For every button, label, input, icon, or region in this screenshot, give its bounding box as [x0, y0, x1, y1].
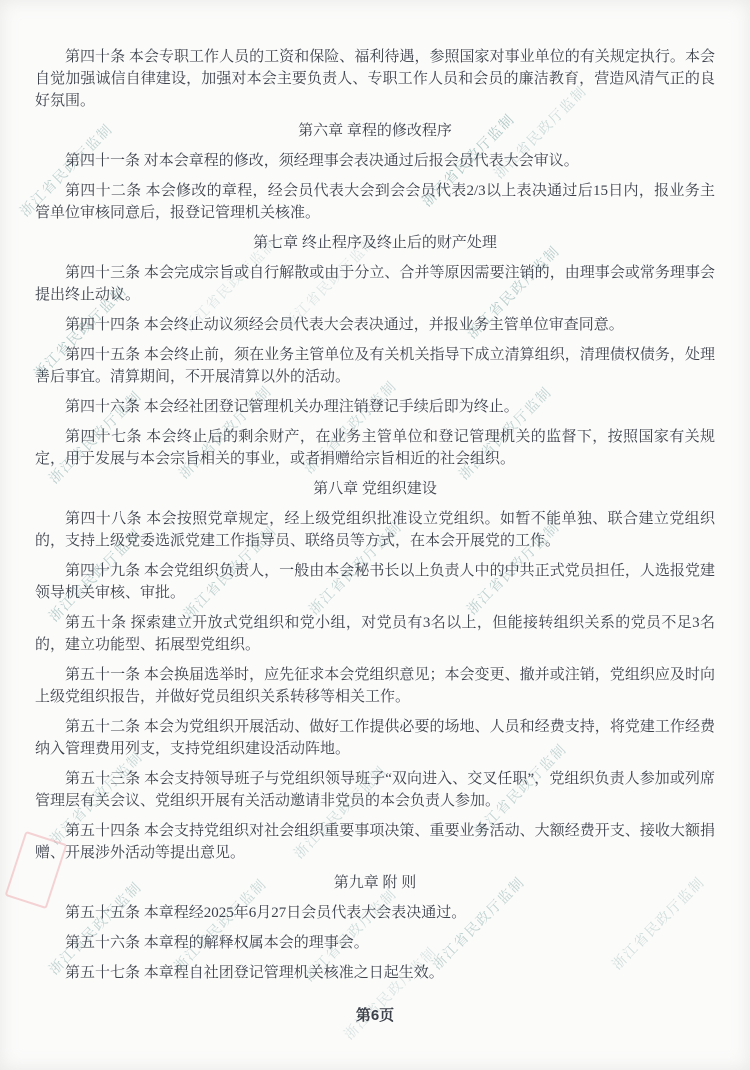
article-paragraph: 第四十四条 本会终止动议须经会员代表大会表决通过，并报业务主管单位审查同意。 — [35, 314, 715, 336]
article-paragraph: 第五十五条 本章程经2025年6月27日会员代表大会表决通过。 — [35, 902, 715, 924]
article-paragraph: 第五十六条 本章程的解释权属本会的理事会。 — [35, 932, 715, 954]
page-number: 第6页 — [0, 1004, 750, 1025]
chapter-heading: 第六章 章程的修改程序 — [35, 120, 715, 142]
article-paragraph: 第四十三条 本会完成宗旨或自行解散或由于分立、合并等原因需要注销的，由理事会或常… — [35, 262, 715, 306]
article-paragraph: 第五十三条 本会支持领导班子与党组织领导班子“双向进入、交叉任职”，党组织负责人… — [35, 768, 715, 812]
article-paragraph: 第四十一条 对本会章程的修改，须经理事会表决通过后报会员代表大会审议。 — [35, 150, 715, 172]
chapter-heading: 第八章 党组织建设 — [35, 478, 715, 500]
article-paragraph: 第五十二条 本会为党组织开展活动、做好工作提供必要的场地、人员和经费支持，将党建… — [35, 716, 715, 760]
article-paragraph: 第五十四条 本会支持党组织对社会组织重要事项决策、重要业务活动、大额经费开支、接… — [35, 820, 715, 864]
article-paragraph: 第四十八条 本会按照党章规定，经上级党组织批准设立党组织。如暂不能单独、联合建立… — [35, 508, 715, 552]
chapter-heading: 第九章 附 则 — [35, 872, 715, 894]
document-page: 浙江省民政厅监制浙江省民政厅监制浙江省民政厅监制浙江省民政厅监制浙江省民政厅监制… — [0, 0, 750, 1070]
article-paragraph: 第四十二条 本会修改的章程，经会员代表大会到会会员代表2/3以上表决通过后15日… — [35, 180, 715, 224]
article-paragraph: 第五十条 探索建立开放式党组织和党小组，对党员有3名以上，但能接转组织关系的党员… — [35, 612, 715, 656]
article-paragraph: 第四十条 本会专职工作人员的工资和保险、福利待遇，参照国家对事业单位的有关规定执… — [35, 46, 715, 112]
document-body: 第四十条 本会专职工作人员的工资和保险、福利待遇，参照国家对事业单位的有关规定执… — [35, 46, 715, 984]
article-paragraph: 第四十五条 本会终止前，须在业务主管单位及有关机关指导下成立清算组织，清理债权债… — [35, 344, 715, 388]
article-paragraph: 第四十七条 本会终止后的剩余财产，在业务主管单位和登记管理机关的监督下，按照国家… — [35, 426, 715, 470]
chapter-heading: 第七章 终止程序及终止后的财产处理 — [35, 232, 715, 254]
article-paragraph: 第五十七条 本章程自社团登记管理机关核准之日起生效。 — [35, 962, 715, 984]
article-paragraph: 第五十一条 本会换届选举时，应先征求本会党组织意见；本会变更、撤并或注销，党组织… — [35, 664, 715, 708]
article-paragraph: 第四十九条 本会党组织负责人，一般由本会秘书长以上负责人中的中共正式党员担任，人… — [35, 560, 715, 604]
article-paragraph: 第四十六条 本会经社团登记管理机关办理注销登记手续后即为终止。 — [35, 396, 715, 418]
